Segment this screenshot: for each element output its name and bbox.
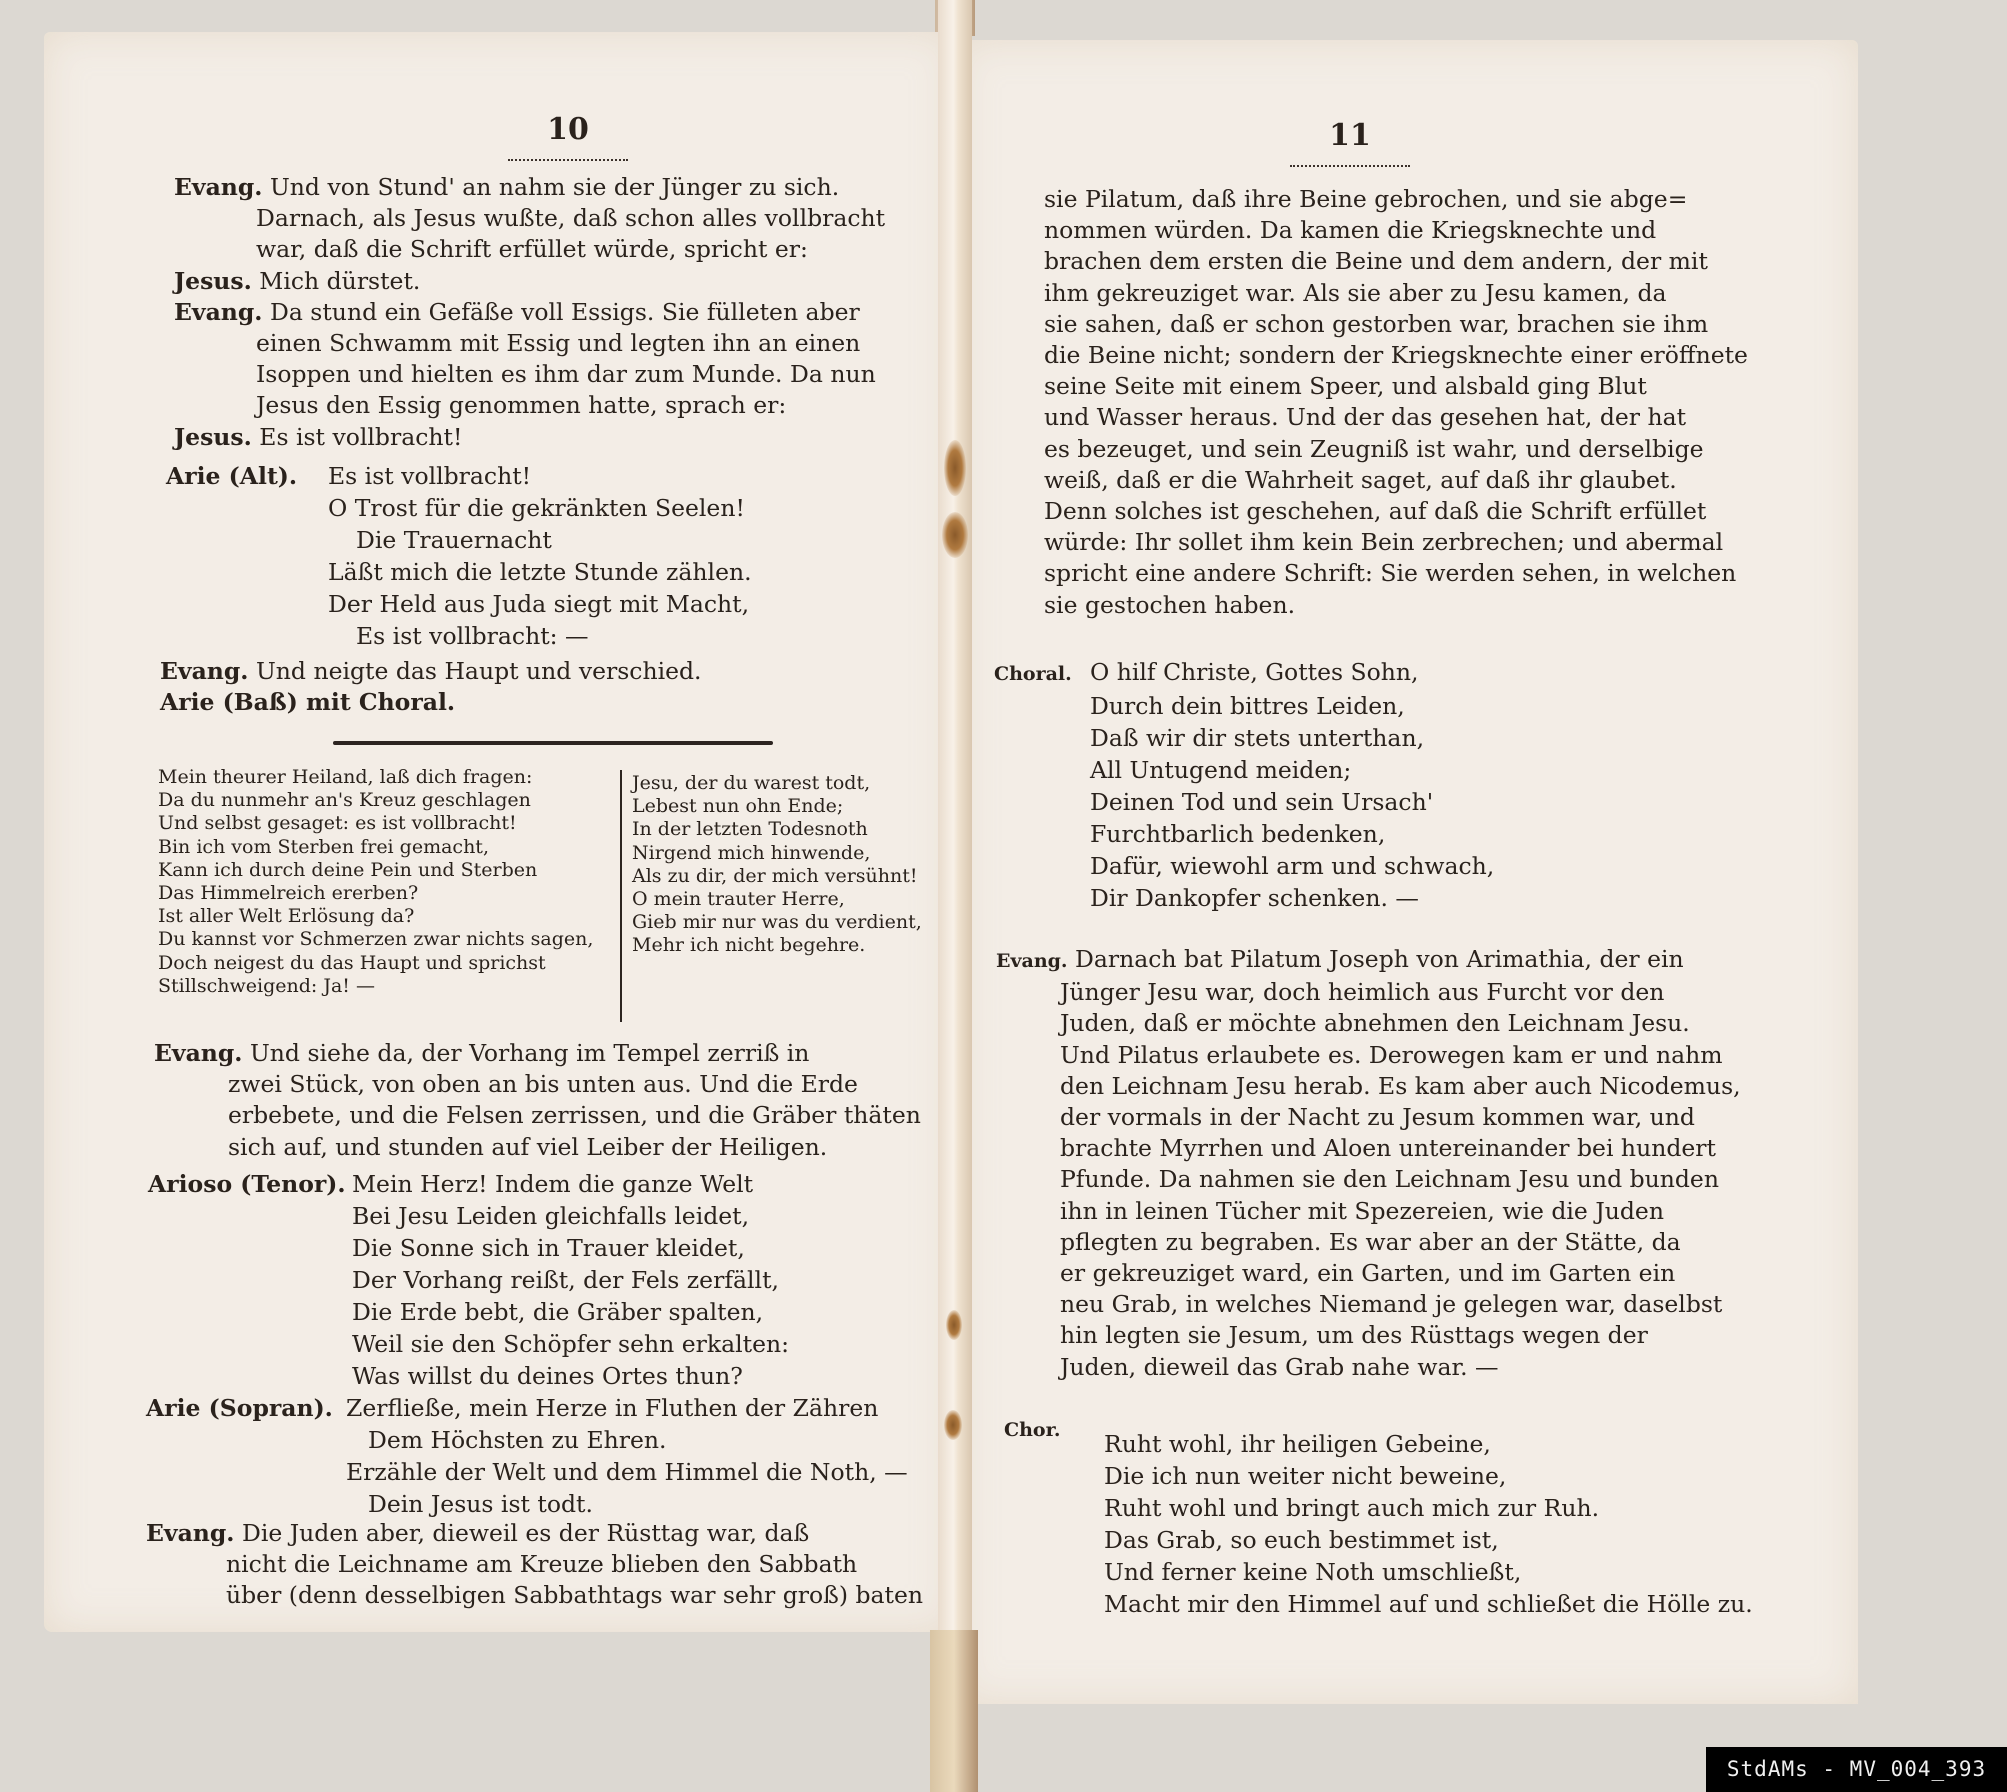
- foxing-stain: [944, 440, 966, 496]
- text-line: sie gestochen haben.: [1044, 590, 1748, 621]
- verse-line: Furchtbarlich bedenken,: [994, 818, 1494, 850]
- speaker-label: Evang.: [996, 946, 1068, 977]
- text-line: sie Pilatum, daß ihre Beine gebrochen, u…: [1044, 184, 1748, 215]
- ornamental-rule: [333, 741, 773, 745]
- verse-line: Es ist vollbracht: —: [166, 620, 752, 652]
- text-line: Und Pilatus erlaubete es. Derowegen kam …: [996, 1040, 1741, 1071]
- verse-line: Mein Herz! Indem die ganze Welt: [352, 1170, 753, 1198]
- verse-line: Doch neigest du das Haupt und sprichst: [158, 952, 593, 975]
- passion-paragraph: sie Pilatum, daß ihre Beine gebrochen, u…: [1044, 184, 1748, 621]
- speaker-label: Evang.: [146, 1518, 235, 1549]
- arie-sopran: Arie (Sopran).Zerfließe, mein Herze in F…: [146, 1392, 908, 1520]
- speaker-label: Evang.: [174, 172, 263, 203]
- verse-line: Durch dein bittres Leiden,: [994, 690, 1494, 722]
- verse-line: Nirgend mich hinwende,: [632, 842, 922, 865]
- text-line: Denn solches ist geschehen, auf daß die …: [1044, 496, 1748, 527]
- verse-line: Die ich nun weiter nicht beweine,: [1104, 1460, 1753, 1492]
- verse-line: Ruht wohl, ihr heiligen Gebeine,: [1104, 1428, 1753, 1460]
- arie-alt: Arie (Alt).Es ist vollbracht! O Trost fü…: [166, 460, 752, 652]
- speaker-label: Jesus.: [174, 422, 252, 453]
- text-line: zwei Stück, von oben an bis unten aus. U…: [154, 1069, 921, 1100]
- ornament-wave: [1290, 159, 1410, 167]
- verse-line: Du kannst vor Schmerzen zwar nichts sage…: [158, 928, 593, 951]
- verse-line: Dem Höchsten zu Ehren.: [146, 1424, 908, 1456]
- text-line: und Wasser heraus. Und der das gesehen h…: [1044, 402, 1748, 433]
- chor: Chor.: [1004, 1414, 1061, 1446]
- text-line: Pfunde. Da nahmen sie den Leichnam Jesu …: [996, 1164, 1741, 1195]
- text-line: Juden, daß er möchte abnehmen den Leichn…: [996, 1008, 1741, 1039]
- verse-line: Da du nunmehr an's Kreuz geschlagen: [158, 789, 593, 812]
- archive-label: StdAMs - MV_004_393: [1706, 1747, 2007, 1792]
- verse-line: Das Grab, so euch bestimmet ist,: [1104, 1524, 1753, 1556]
- verse-line: All Untugend meiden;: [994, 754, 1494, 786]
- verse-line: Deinen Tod und sein Ursach': [994, 786, 1494, 818]
- speaker-label: Jesus.: [174, 266, 252, 297]
- verse-line: Die Sonne sich in Trauer kleidet,: [148, 1232, 789, 1264]
- verse-line: Was willst du deines Ortes thun?: [148, 1360, 789, 1392]
- speaker-label: Arie (Alt).: [166, 460, 328, 492]
- text-line: war, daß die Schrift erfüllet würde, spr…: [174, 234, 885, 265]
- verse-line: Die Trauernacht: [166, 524, 752, 556]
- speaker-label: Chor.: [1004, 1414, 1061, 1446]
- evang-neigte: Evang. Und neigte das Haupt und verschie…: [160, 656, 702, 718]
- evang-block-1: Evang. Und von Stund' an nahm sie der Jü…: [174, 172, 885, 453]
- text-line: einen Schwamm mit Essig und legten ihn a…: [174, 328, 885, 359]
- verse-line: Dafür, wiewohl arm und schwach,: [994, 850, 1494, 882]
- text-line: er gekreuziget ward, ein Garten, und im …: [996, 1258, 1741, 1289]
- section-heading: Arie (Baß) mit Choral.: [160, 687, 455, 718]
- text-line: Die Juden aber, dieweil es der Rüsttag w…: [242, 1519, 809, 1547]
- verse-line: Lebest nun ohn Ende;: [632, 795, 922, 818]
- verse-line: Bin ich vom Sterben frei gemacht,: [158, 836, 593, 859]
- verse-line: Jesu, der du warest todt,: [632, 772, 922, 795]
- text-line: neu Grab, in welches Niemand je gelegen …: [996, 1289, 1741, 1320]
- text-line: die Beine nicht; sondern der Kriegsknech…: [1044, 340, 1748, 371]
- verse-line: Als zu dir, der mich versühnt!: [632, 865, 922, 888]
- page-number-right: 11: [1280, 118, 1420, 167]
- verse-line: O hilf Christe, Gottes Sohn,: [1090, 658, 1419, 686]
- text-line: der vormals in der Nacht zu Jesum kommen…: [996, 1102, 1741, 1133]
- book-spine-bottom: [930, 1630, 978, 1792]
- text-line: Jesus den Essig genommen hatte, sprach e…: [174, 390, 885, 421]
- text-line: ihm gekreuziget war. Als sie aber zu Jes…: [1044, 278, 1748, 309]
- text-line: Und von Stund' an nahm sie der Jünger zu…: [270, 173, 839, 201]
- text-line: würde: Ihr sollet ihm kein Bein zerbrech…: [1044, 527, 1748, 558]
- text-line: den Leichnam Jesu herab. Es kam aber auc…: [996, 1071, 1741, 1102]
- text-line: Jünger Jesu war, doch heimlich aus Furch…: [996, 977, 1741, 1008]
- text-line: Juden, dieweil das Grab nahe war. —: [996, 1352, 1741, 1383]
- text-line: Es ist vollbracht!: [259, 423, 462, 451]
- text-line: sich auf, und stunden auf viel Leiber de…: [154, 1132, 921, 1163]
- verse-line: Kann ich durch deine Pein und Sterben: [158, 859, 593, 882]
- text-line: Mich dürstet.: [259, 267, 420, 295]
- verse-line: Der Held aus Juda siegt mit Macht,: [166, 588, 752, 620]
- verse-line: Weil sie den Schöpfer sehn erkalten:: [148, 1328, 789, 1360]
- verse-line: Dir Dankopfer schenken. —: [994, 882, 1494, 914]
- verse-line: Es ist vollbracht!: [328, 462, 531, 490]
- verse-line: Mein theurer Heiland, laß dich fragen:: [158, 766, 593, 789]
- verse-line: Dein Jesus ist todt.: [146, 1488, 908, 1520]
- text-line: über (denn desselbigen Sabbathtags war s…: [146, 1580, 923, 1611]
- text-line: erbebete, und die Felsen zerrissen, und …: [154, 1100, 921, 1131]
- text-line: spricht eine andere Schrift: Sie werden …: [1044, 558, 1748, 589]
- text-line: brachte Myrrhen und Aloen untereinander …: [996, 1133, 1741, 1164]
- foxing-stain: [946, 1310, 962, 1340]
- verse-line: Macht mir den Himmel auf und schließet d…: [1104, 1588, 1753, 1620]
- text-line: Darnach bat Pilatum Joseph von Arimathia…: [1075, 945, 1684, 973]
- text-line: Isoppen und hielten es ihm dar zum Munde…: [174, 359, 885, 390]
- text-line: Und neigte das Haupt und verschied.: [256, 657, 702, 685]
- text-line: Darnach, als Jesus wußte, daß schon alle…: [174, 203, 885, 234]
- evang-vorhang: Evang. Und siehe da, der Vorhang im Temp…: [154, 1038, 921, 1163]
- evang-joseph: Evang. Darnach bat Pilatum Joseph von Ar…: [996, 944, 1741, 1383]
- verse-line: Die Erde bebt, die Gräber spalten,: [148, 1296, 789, 1328]
- verse-line: Stillschweigend: Ja! —: [158, 975, 593, 998]
- verse-line: Gieb mir nur was du verdient,: [632, 911, 922, 934]
- speaker-label: Evang.: [160, 656, 249, 687]
- verse-line: Bei Jesu Leiden gleichfalls leidet,: [148, 1200, 789, 1232]
- verse-line: Daß wir dir stets unterthan,: [994, 722, 1494, 754]
- text-line: hin legten sie Jesum, um des Rüsttags we…: [996, 1320, 1741, 1351]
- text-line: nommen würden. Da kamen die Kriegsknecht…: [1044, 215, 1748, 246]
- speaker-label: Choral.: [994, 658, 1090, 690]
- text-line: Da stund ein Gefäße voll Essigs. Sie fül…: [270, 298, 860, 326]
- ornament-wave: [508, 153, 628, 161]
- speaker-label: Evang.: [154, 1038, 243, 1069]
- arioso-tenor: Arioso (Tenor).Mein Herz! Indem die ganz…: [148, 1168, 789, 1392]
- speaker-label: Arioso (Tenor).: [148, 1168, 352, 1200]
- text-line: es bezeuget, und sein Zeugniß ist wahr, …: [1044, 434, 1748, 465]
- aria-right-column: Jesu, der du warest todt, Lebest nun ohn…: [632, 772, 922, 958]
- verse-line: Ruht wohl und bringt auch mich zur Ruh.: [1104, 1492, 1753, 1524]
- verse-line: Und selbst gesaget: es ist vollbracht!: [158, 812, 593, 835]
- choral: Choral.O hilf Christe, Gottes Sohn, Durc…: [994, 656, 1494, 914]
- verse-line: O mein trauter Herre,: [632, 888, 922, 911]
- chor-verses: Ruht wohl, ihr heiligen Gebeine, Die ich…: [1104, 1428, 1753, 1620]
- text-line: pflegten zu begraben. Es war aber an der…: [996, 1227, 1741, 1258]
- page-number-text: 10: [547, 112, 589, 147]
- verse-line: Erzähle der Welt und dem Himmel die Noth…: [146, 1456, 908, 1488]
- page-number-left: 10: [498, 112, 638, 161]
- column-divider: [620, 770, 622, 1022]
- text-line: ihn in leinen Tücher mit Spezereien, wie…: [996, 1196, 1741, 1227]
- foxing-stain: [942, 512, 968, 558]
- verse-line: Der Vorhang reißt, der Fels zerfällt,: [148, 1264, 789, 1296]
- evang-juden: Evang. Die Juden aber, dieweil es der Rü…: [146, 1518, 923, 1612]
- page-number-text: 11: [1329, 118, 1371, 153]
- verse-line: Mehr ich nicht begehre.: [632, 934, 922, 957]
- text-line: nicht die Leichname am Kreuze blieben de…: [146, 1549, 923, 1580]
- verse-line: In der letzten Todesnoth: [632, 818, 922, 841]
- text-line: brachen dem ersten die Beine und dem and…: [1044, 246, 1748, 277]
- verse-line: Läßt mich die letzte Stunde zählen.: [166, 556, 752, 588]
- speaker-label: Evang.: [174, 297, 263, 328]
- verse-line: Und ferner keine Noth umschließt,: [1104, 1556, 1753, 1588]
- text-line: seine Seite mit einem Speer, und alsbald…: [1044, 371, 1748, 402]
- foxing-stain: [944, 1410, 962, 1440]
- book-spine: [938, 0, 972, 1792]
- text-line: weiß, daß er die Wahrheit saget, auf daß…: [1044, 465, 1748, 496]
- verse-line: O Trost für die gekränkten Seelen!: [166, 492, 752, 524]
- verse-line: Ist aller Welt Erlösung da?: [158, 905, 593, 928]
- text-line: Und siehe da, der Vorhang im Tempel zerr…: [250, 1039, 809, 1067]
- verse-line: Das Himmelreich ererben?: [158, 882, 593, 905]
- aria-left-column: Mein theurer Heiland, laß dich fragen: D…: [158, 766, 593, 998]
- speaker-label: Arie (Sopran).: [146, 1392, 346, 1424]
- verse-line: Zerfließe, mein Herze in Fluthen der Zäh…: [346, 1394, 878, 1422]
- text-line: sie sahen, daß er schon gestorben war, b…: [1044, 309, 1748, 340]
